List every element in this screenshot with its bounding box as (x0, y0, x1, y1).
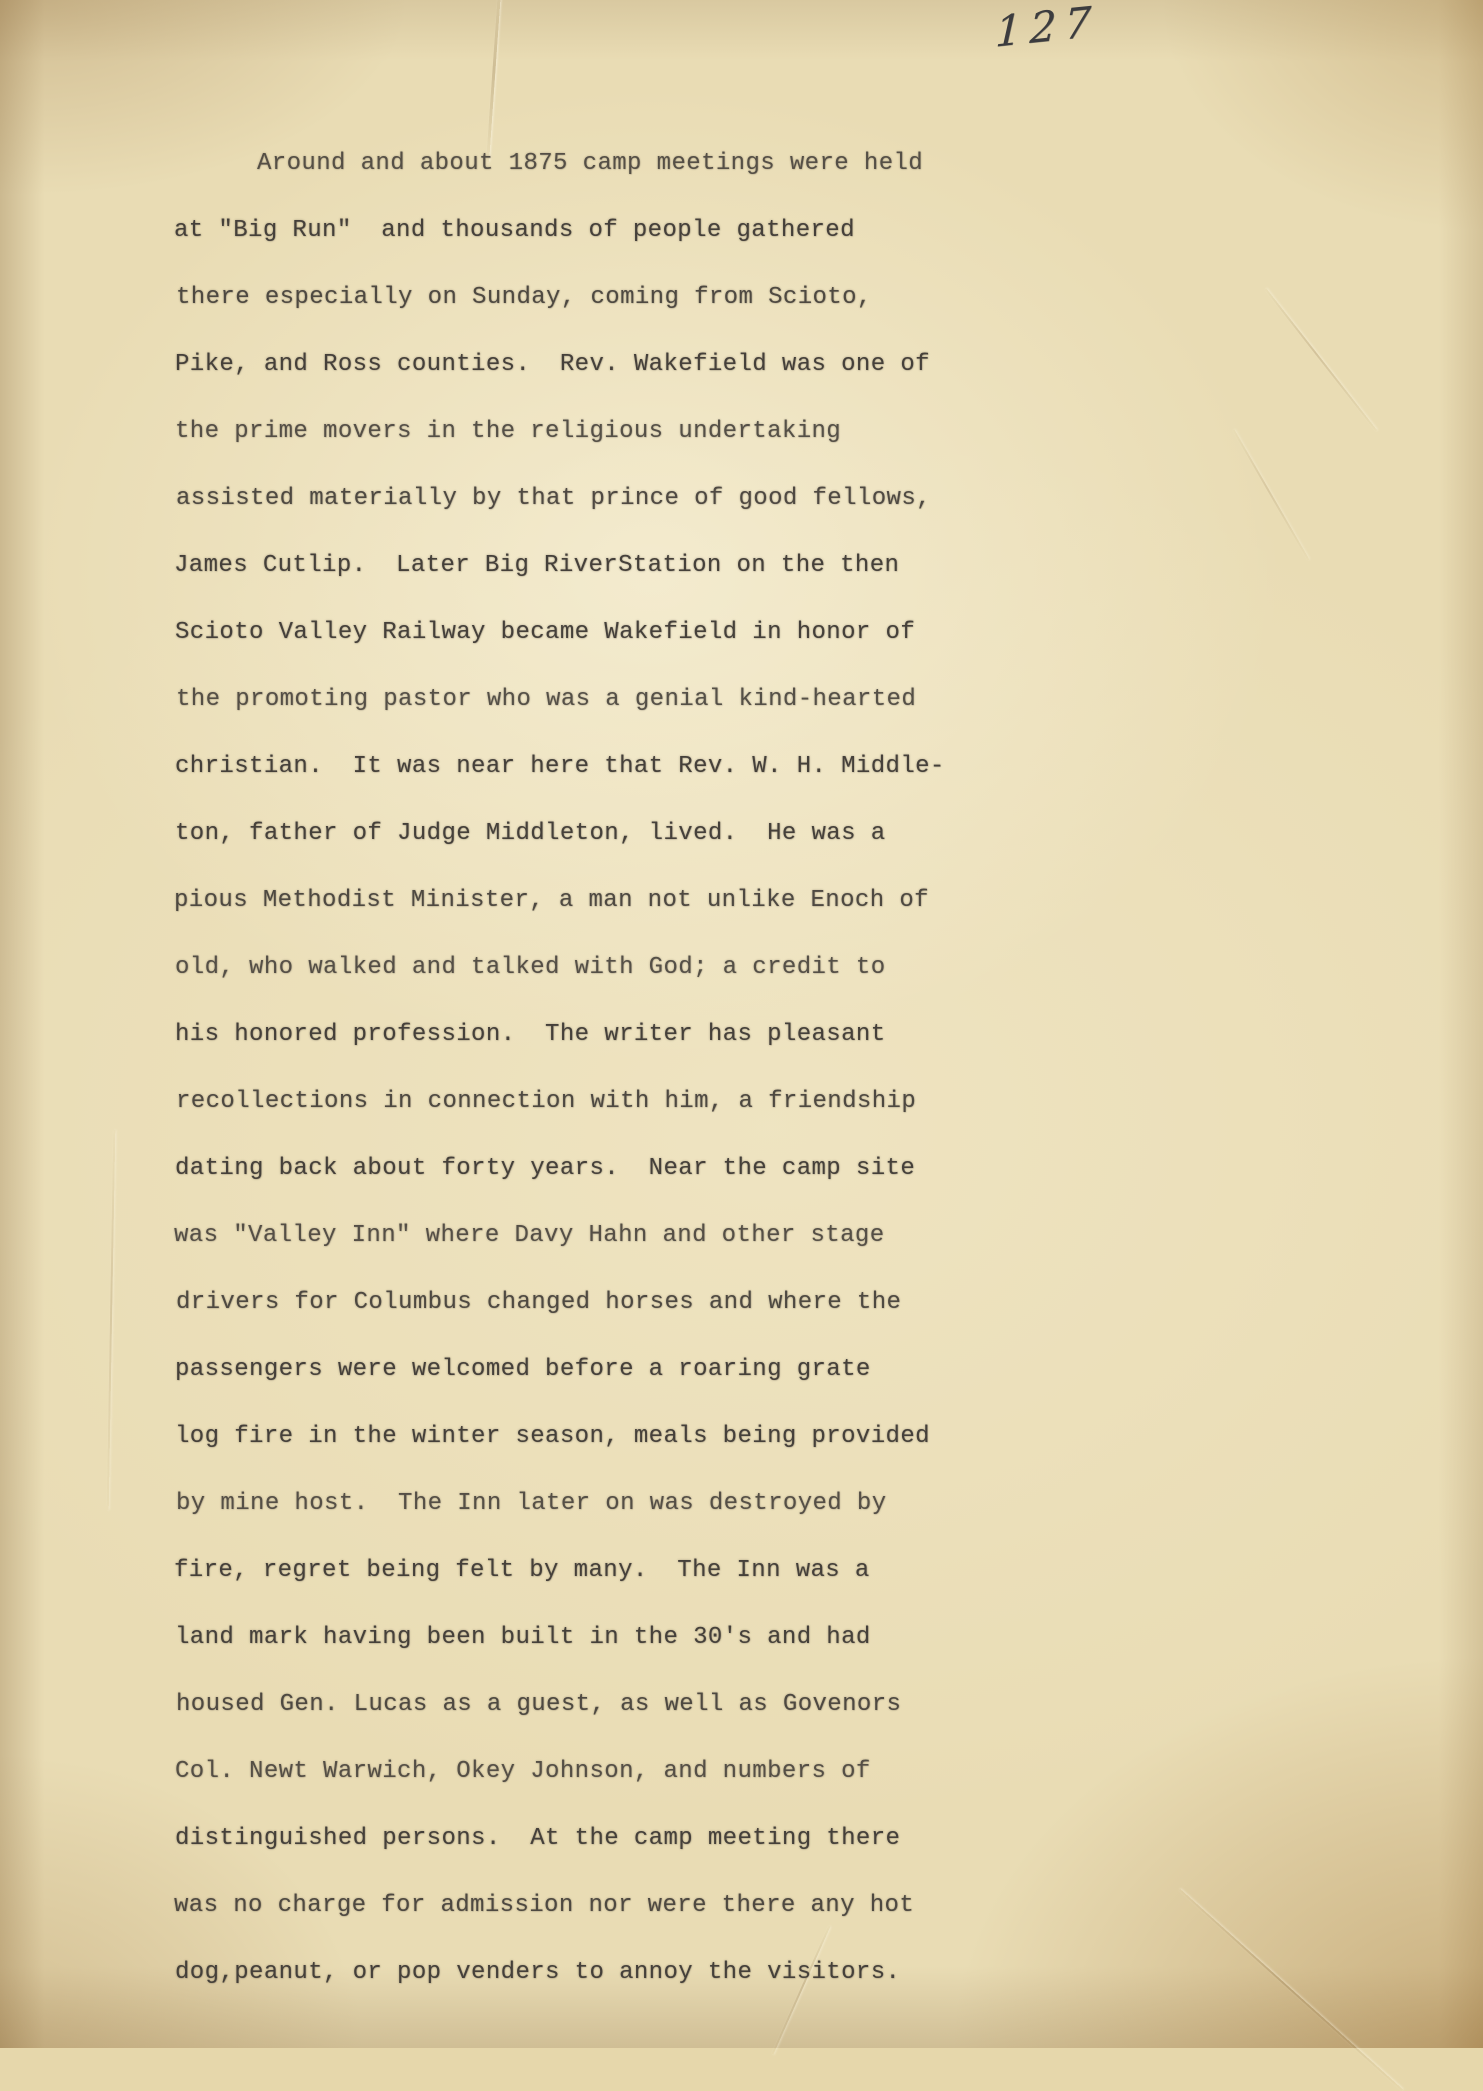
typed-line: dog,peanut, or pop venders to annoy the … (175, 1939, 995, 2006)
typed-line: dating back about forty years. Near the … (175, 1135, 995, 1202)
typed-line: christian. It was near here that Rev. W.… (175, 733, 995, 800)
typed-line: ton, father of Judge Middleton, lived. H… (175, 800, 995, 867)
typed-line: Around and about 1875 camp meetings were… (175, 130, 995, 197)
manuscript-page: 127 Around and about 1875 camp meetings … (0, 0, 1483, 2048)
typed-line: pious Methodist Minister, a man not unli… (174, 867, 994, 934)
paper-crease (1233, 430, 1310, 561)
typed-line: Scioto Valley Railway became Wakefield i… (175, 599, 995, 666)
typed-line: there especially on Sunday, coming from … (176, 264, 996, 331)
typed-line: assisted materially by that prince of go… (176, 465, 996, 532)
paper-crease (1265, 288, 1377, 431)
paper-crease (1179, 1889, 1403, 2048)
typed-line: was no charge for admission nor were the… (174, 1872, 994, 1939)
typed-paragraph: Around and about 1875 camp meetings were… (175, 130, 995, 2006)
handwritten-page-number: 127 (994, 0, 1099, 57)
typed-line: log fire in the winter season, meals bei… (175, 1403, 995, 1470)
typed-line: his honored profession. The writer has p… (175, 1001, 995, 1068)
paper-crease (107, 1130, 116, 1510)
typed-line: housed Gen. Lucas as a guest, as well as… (176, 1671, 996, 1738)
typed-line: recollections in connection with him, a … (176, 1068, 996, 1135)
typed-line: by mine host. The Inn later on was destr… (176, 1470, 996, 1537)
typed-line: Pike, and Ross counties. Rev. Wakefield … (175, 331, 995, 398)
typed-line: drivers for Columbus changed horses and … (176, 1269, 996, 1336)
typed-line: was "Valley Inn" where Davy Hahn and oth… (174, 1202, 994, 1269)
typed-line: at "Big Run" and thousands of people gat… (174, 197, 994, 264)
typed-line: distinguished persons. At the camp meeti… (175, 1805, 995, 1872)
typed-line: land mark having been built in the 30's … (175, 1604, 995, 1671)
typed-line: the prime movers in the religious undert… (175, 398, 995, 465)
typed-line: Col. Newt Warwich, Okey Johnson, and num… (175, 1738, 995, 1805)
typed-line: the promoting pastor who was a genial ki… (176, 666, 996, 733)
typed-line: passengers were welcomed before a roarin… (175, 1336, 995, 1403)
typed-line: fire, regret being felt by many. The Inn… (174, 1537, 994, 1604)
typed-line: James Cutlip. Later Big RiverStation on … (174, 532, 994, 599)
typed-line: old, who walked and talked with God; a c… (175, 934, 995, 1001)
